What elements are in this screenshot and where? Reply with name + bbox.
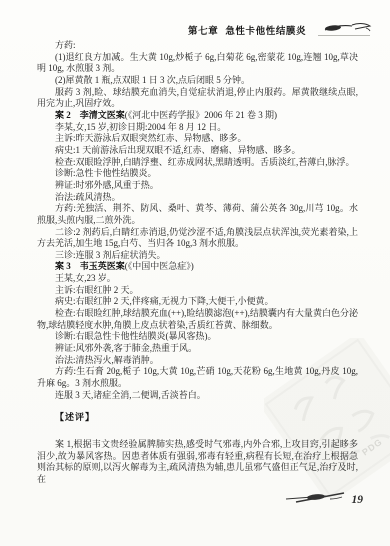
pdg-watermark: PDG [361,436,385,457]
header-ink-flourish-icon [322,20,372,36]
chapter-title-text: 急性卡他性结膜炎 [225,27,306,37]
paragraph: 诊断:急性卡他性结膜炎。 [37,168,358,180]
case-title: 案 3 韦玉英医案(《中国中医急症》) [37,261,358,273]
paragraph: 案 1,根据韦文贵经验属脾肺实热,感受时气邪毒,内外合邪,上攻目窍,引起眵多泪少… [37,439,358,486]
paragraph: 王某,女,23 岁。 [37,273,358,285]
paragraph: 主诉:昨天游泳后双眼突然红赤、异物感、眵多。 [37,133,358,145]
paragraph: 方药: [37,40,358,52]
chapter-number-label: 第七章 [188,27,218,37]
paragraph: 病史:右眼红肿 2 天,伴疼痛,无视力下降,大便干,小便黄。 [37,296,358,308]
paragraph: 服药 3 剂,睑、球结膜充血消失,自觉症状消退,停止内服药。犀黄散继续点眼,用完… [37,87,358,110]
paragraph: 治法:清热泻火,解毒消肿。 [37,355,358,367]
paragraph: 李某,女,15 岁,初诊日期:2004 年 8 月 12 日。 [37,122,358,134]
paragraph: 辨证:时邪外感,风重于热。 [37,180,358,192]
book-page: PDG 第七章急性卡他性结膜炎 方药:(1)退红良方加减。生大黄 10g,炒栀子… [0,0,390,546]
page-number: 19 [352,494,364,506]
page-header: 第七章急性卡他性结膜炎 [0,23,390,39]
case-label: 案 3 韦玉英医案 [55,261,125,271]
page-footer: 19 [0,490,390,506]
paragraph: 三诊:连服 3 剂后症状消失。 [37,250,358,262]
paragraph: 诊断:右眼急性卡他性结膜炎(暴风客热)。 [37,331,358,343]
paragraph: (2)犀黄散 1 瓶,点双眼 1 日 3 次,点后闭眼 5 分钟。 [37,75,358,87]
paragraph: 二诊:2 剂药后,白睛红赤消退,仍觉沙涩不适,角膜浅层点状浑浊,荧光素着染,上方… [37,227,358,250]
section-heading: 【述评】 [37,412,358,424]
paragraph: 主诉:右眼红肿 2 天。 [37,285,358,297]
paragraph: 方药:羌独活、荆芥、防风、桑叶、黄芩、薄荷、蒲公英各 30g,川芎 10g。水煎… [37,203,358,226]
paragraph: 方药:生石膏 20g,栀子 10g,大黄 10g,芒硝 10g,天花粉 6g,生… [37,366,358,389]
paragraph: 检查:双眼睑浮肿,白睛浮壅、红赤成网状,黑睛透明。舌质淡红,苔薄白,脉浮。 [37,157,358,169]
paragraph: 病史:1 天前游泳后出现双眼不适,红赤、磨痛、异物感、眵多。 [37,145,358,157]
paragraph: 辨证:风邪外袭,客于肺金,热重于风。 [37,343,358,355]
paragraph: (1)退红良方加减。生大黄 10g,炒栀子 6g,白菊花 6g,密蒙花 10g,… [37,52,358,75]
chapter-heading: 第七章急性卡他性结膜炎 [188,23,306,37]
paragraph: 检查:右眼睑红肿,球结膜充血(++),睑结膜滤泡(++),结膜囊内有大量黄白色分… [37,308,358,331]
paragraph: 治法:疏风清热。 [37,192,358,204]
case-label: 案 2 李清文医案 [55,110,125,120]
header-underline [318,35,370,36]
footer-ink-flourish-icon [284,490,346,504]
page-body: 方药:(1)退红良方加减。生大黄 10g,炒栀子 6g,白菊花 6g,密蒙花 1… [37,40,358,486]
paragraph: 连服 3 天,诸症全消,二便调,舌淡苔白。 [37,390,358,402]
case-title: 案 2 李清文医案(《河北中医药学报》2006 年 21 卷 3 期) [37,110,358,122]
